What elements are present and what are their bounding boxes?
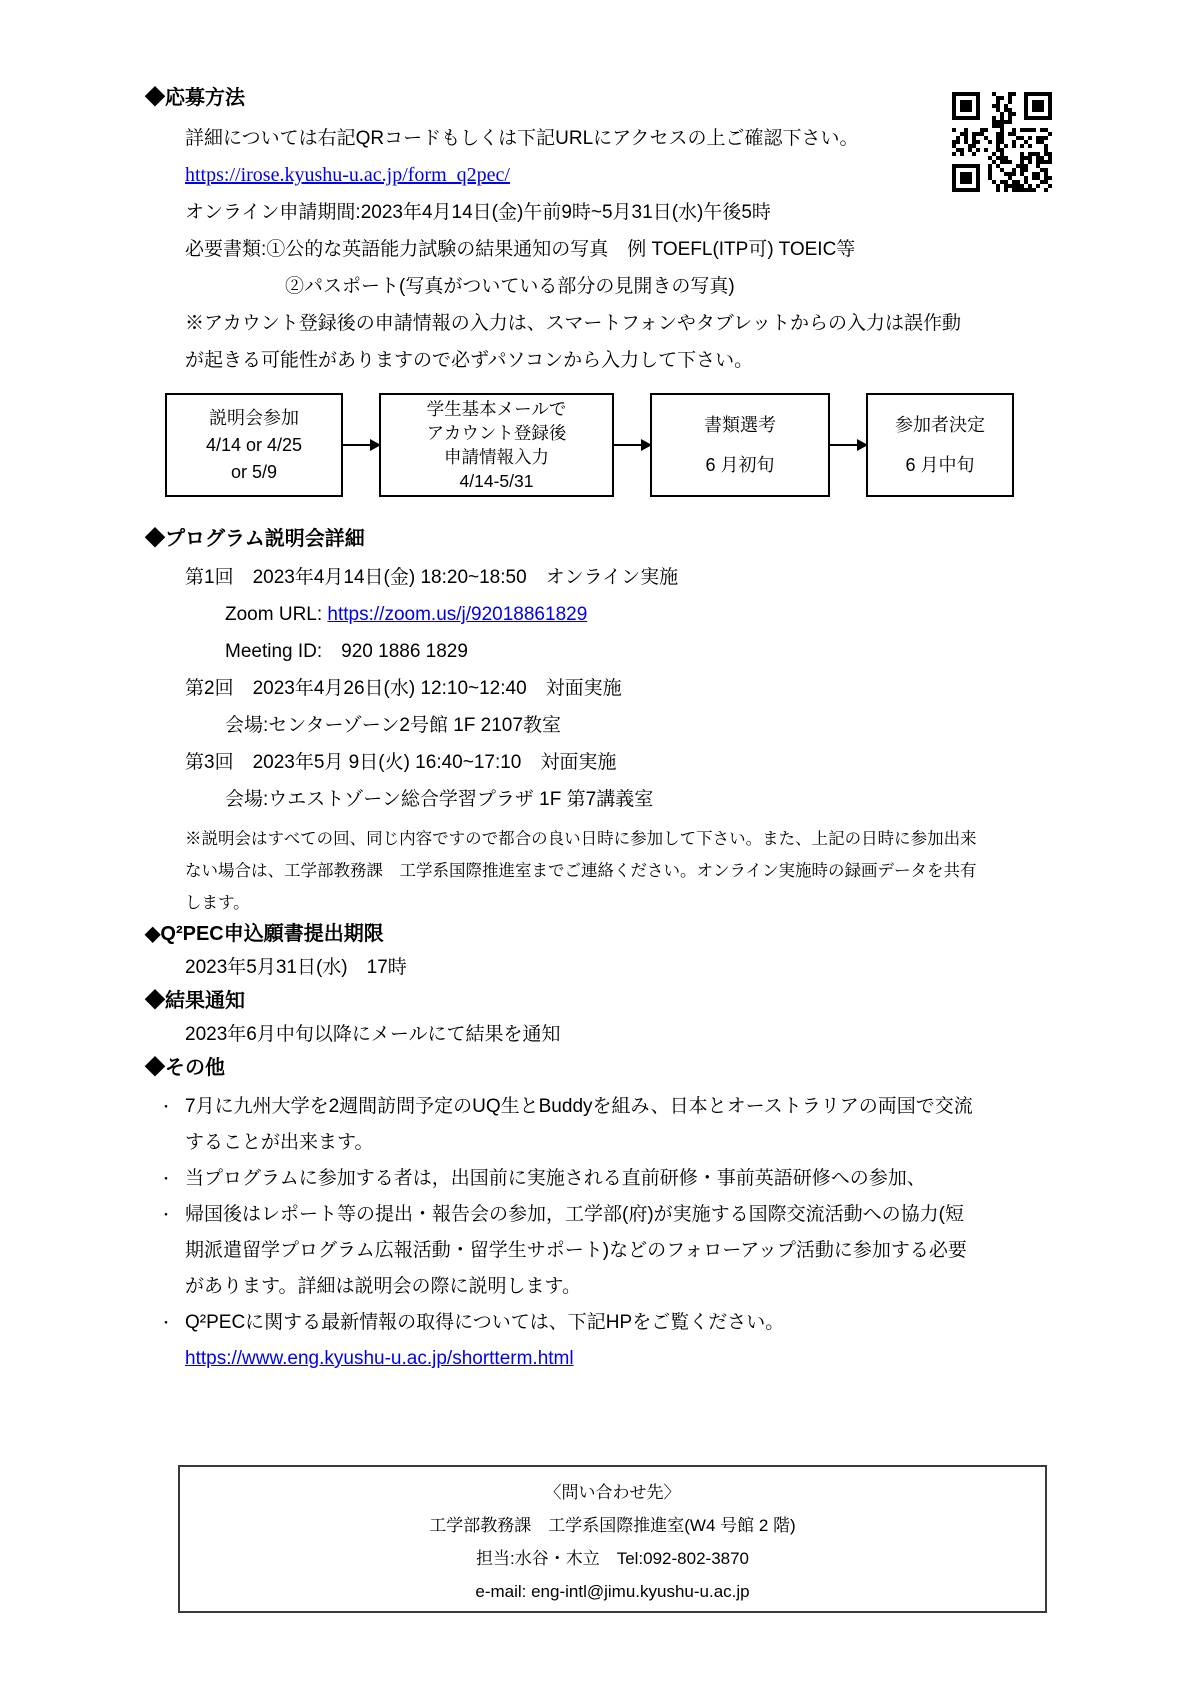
qr-code — [952, 92, 1052, 192]
bullet-text: 7月に九州大学を2週間訪問予定のUQ生とBuddyを組み、日本とオーストラリアの… — [185, 1096, 973, 1117]
zoom-url-link[interactable]: https://zoom.us/j/92018861829 — [327, 604, 587, 625]
flow-arrow-icon — [343, 444, 379, 446]
flow-box-line: 4/14 or 4/25 — [167, 432, 341, 459]
bullet-dot-icon: ・ — [159, 1089, 173, 1125]
apply-period: オンライン申請期間:2023年4月14日(金)午前9時~5月31日(水)午後5時 — [185, 194, 1190, 231]
section-deadline: ◆Q²PEC申込願書提出期限 2023年5月31日(水) 17時 — [145, 919, 1190, 986]
shortterm-url-link[interactable]: https://www.eng.kyushu-u.ac.jp/shortterm… — [185, 1348, 574, 1369]
flow-box-line: 4/14-5/31 — [381, 469, 612, 493]
contact-office: 工学部教務課 工学系国際推進室(W4 号館 2 階) — [180, 1509, 1045, 1542]
section-result: ◆結果通知 2023年6月中旬以降にメールにて結果を通知 — [145, 986, 1190, 1053]
bullet-dot-icon: ・ — [159, 1305, 173, 1341]
flow-box-decision: 参加者決定 6 月中旬 — [866, 393, 1014, 497]
bullet-dot-icon: ・ — [159, 1197, 173, 1233]
sessions-note-2: ない場合は、工学部教務課 工学系国際推進室までご連絡ください。オンライン実施時の… — [185, 855, 1190, 887]
document-page: ◆応募方法 詳細については右記QRコードもしくは下記URLにアクセスの上ご確認下… — [0, 0, 1190, 1684]
flow-box-line: or 5/9 — [167, 459, 341, 486]
apply-caution-1: ※アカウント登録後の申請情報の入力は、スマートフォンやタブレットからの入力は誤作… — [185, 305, 1190, 342]
others-bullet-1-cont: することが出来ます。 — [185, 1125, 1190, 1161]
contact-email: e-mail: eng-intl@jimu.kyushu-u.ac.jp — [180, 1575, 1045, 1608]
sessions-heading: ◆プログラム説明会詳細 — [145, 525, 1190, 553]
zoom-url-label: Zoom URL: — [225, 604, 322, 625]
deadline-heading: ◆Q²PEC申込願書提出期限 — [145, 919, 1190, 949]
result-value: 2023年6月中旬以降にメールにて結果を通知 — [185, 1016, 1190, 1053]
apply-docs-2: ②パスポート(写真がついている部分の見開きの写真) — [285, 268, 1190, 305]
session-3-venue: 会場:ウエストゾーン総合学習プラザ 1F 第7講義室 — [225, 781, 1190, 818]
others-bullet-3: ・ 帰国後はレポート等の提出・報告会の参加，工学部(府)が実施する国際交流活動へ… — [185, 1197, 1190, 1233]
section-others: ◆その他 ・ 7月に九州大学を2週間訪問予定のUQ生とBuddyを組み、日本とオ… — [145, 1053, 1190, 1377]
bullet-text: 当プログラムに参加する者は，出国前に実施される直前研修・事前英語研修への参加、 — [185, 1168, 926, 1189]
others-heading: ◆その他 — [145, 1053, 1190, 1083]
flow-box-screening: 書類選考 6 月初旬 — [650, 393, 830, 497]
others-bullet-3-cont: 期派遣留学プログラム広報活動・留学生サポート)などのフォローアップ活動に参加する… — [185, 1233, 1190, 1269]
flow-box-line: 学生基本メールで — [381, 397, 612, 421]
bullet-text: 帰国後はレポート等の提出・報告会の参加，工学部(府)が実施する国際交流活動への協… — [185, 1204, 964, 1225]
apply-url-link[interactable]: https://irose.kyushu-u.ac.jp/form_q2pec/ — [185, 164, 510, 186]
sessions-note-1: ※説明会はすべての回、同じ内容ですので都合の良い日時に参加して下さい。また、上記… — [185, 823, 1190, 855]
meeting-id: Meeting ID: 920 1886 1829 — [225, 633, 1190, 670]
others-bullet-2: ・ 当プログラムに参加する者は，出国前に実施される直前研修・事前英語研修への参加… — [185, 1161, 1190, 1197]
flow-box-register: 学生基本メールで アカウント登録後 申請情報入力 4/14-5/31 — [379, 393, 614, 497]
session-1: 第1回 2023年4月14日(金) 18:20~18:50 オンライン実施 — [185, 559, 1190, 596]
contact-phone: 担当:水谷・木立 Tel:092-802-3870 — [180, 1542, 1045, 1575]
flow-box-line: 6 月中旬 — [868, 445, 1012, 485]
flow-box-line: 6 月初旬 — [652, 445, 828, 485]
flow-box-line: 説明会参加 — [167, 405, 341, 432]
section-sessions: ◆プログラム説明会詳細 第1回 2023年4月14日(金) 18:20~18:5… — [145, 525, 1190, 919]
result-heading: ◆結果通知 — [145, 986, 1190, 1016]
flow-box-line: 申請情報入力 — [381, 445, 612, 469]
others-bullet-3-cont: があります。詳細は説明会の際に説明します。 — [185, 1269, 1190, 1305]
flow-box-session: 説明会参加 4/14 or 4/25 or 5/9 — [165, 393, 343, 497]
others-bullet-4: ・ Q²PECに関する最新情報の取得については、下記HPをご覧ください。 — [185, 1305, 1190, 1341]
session-3: 第3回 2023年5月 9日(火) 16:40~17:10 対面実施 — [185, 744, 1190, 781]
flow-arrow-icon — [614, 444, 650, 446]
contact-box: 〈問い合わせ先〉 工学部教務課 工学系国際推進室(W4 号館 2 階) 担当:水… — [178, 1465, 1047, 1613]
application-flowchart: 説明会参加 4/14 or 4/25 or 5/9 学生基本メールで アカウント… — [165, 393, 1190, 497]
flow-arrow-icon — [830, 444, 866, 446]
deadline-value: 2023年5月31日(水) 17時 — [185, 949, 1190, 986]
flow-box-line: アカウント登録後 — [381, 421, 612, 445]
flow-box-line: 参加者決定 — [868, 405, 1012, 445]
bullet-text: Q²PECに関する最新情報の取得については、下記HPをご覧ください。 — [185, 1312, 784, 1333]
bullet-dot-icon: ・ — [159, 1161, 173, 1197]
apply-caution-2: が起きる可能性がありますので必ずパソコンから入力して下さい。 — [185, 342, 1190, 379]
flow-box-line: 書類選考 — [652, 405, 828, 445]
apply-docs-1: 必要書類:①公的な英語能力試験の結果通知の写真 例 TOEFL(ITP可) TO… — [185, 231, 1190, 268]
session-2-venue: 会場:センターゾーン2号館 1F 2107教室 — [225, 707, 1190, 744]
session-2: 第2回 2023年4月26日(水) 12:10~12:40 対面実施 — [185, 670, 1190, 707]
contact-title: 〈問い合わせ先〉 — [180, 1476, 1045, 1509]
sessions-note-3: します。 — [185, 887, 1190, 919]
others-bullet-1: ・ 7月に九州大学を2週間訪問予定のUQ生とBuddyを組み、日本とオーストラリ… — [185, 1089, 1190, 1125]
